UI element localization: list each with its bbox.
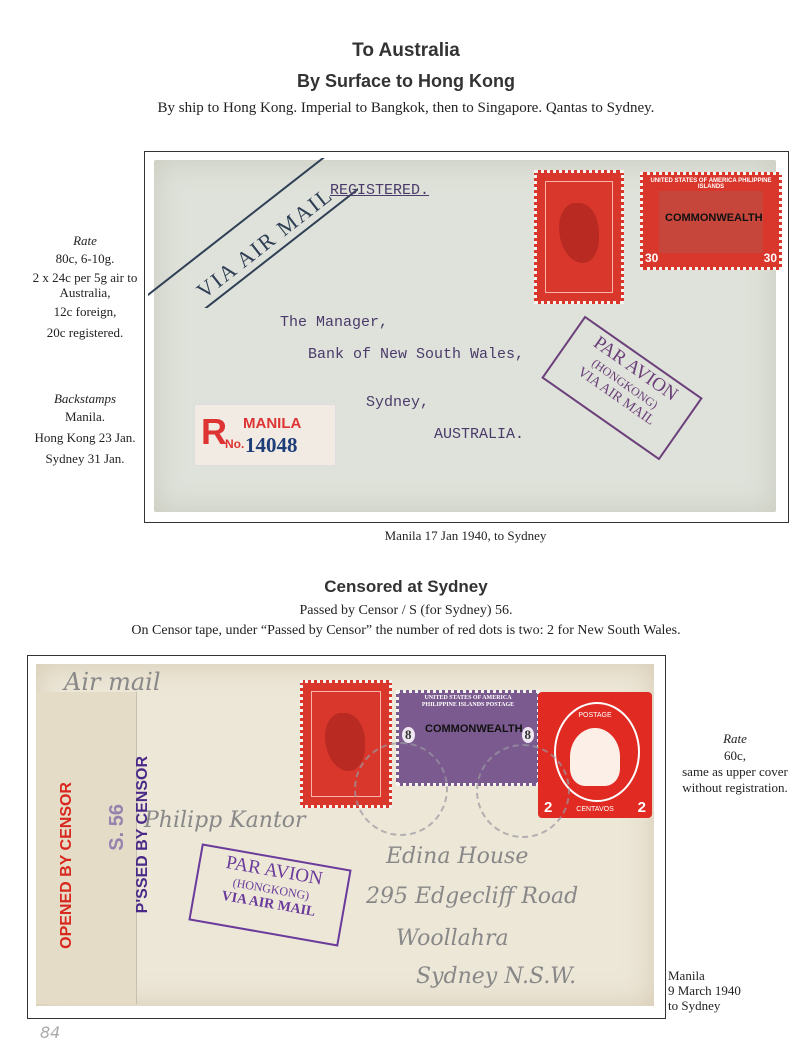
address-line: 295 Edgecliff Road — [366, 884, 578, 909]
page-title: To Australia — [0, 40, 812, 62]
address-line: Edina House — [386, 844, 528, 869]
airmail-label: VIA AIR MAIL — [158, 158, 358, 308]
rate-heading: Rate — [73, 233, 97, 248]
address-line: Sydney N.S.W. — [416, 964, 576, 989]
censor-opened-label: OPENED BY CENSOR — [58, 782, 76, 949]
par-avion-stamp: PAR AVION (HONGKONG) VIA AIR MAIL — [541, 316, 703, 461]
registration-number: 14048 — [245, 433, 298, 458]
rate-heading: Rate — [723, 731, 747, 746]
section2-line2: On Censor tape, under “Passed by Censor”… — [0, 623, 812, 639]
rate-line: same as upper cover — [672, 764, 798, 780]
cover2-rate-notes: Rate 60c, same as upper cover without re… — [672, 730, 798, 796]
cover2-envelope: Air mail OPENED BY CENSOR P'SSED BY CENS… — [36, 664, 654, 1006]
section2-line1: Passed by Censor / S (for Sydney) 56. — [0, 603, 812, 619]
rate-line: 12c foreign, — [30, 303, 140, 321]
censor-passed-label: P'SSED BY CENSOR — [134, 756, 152, 913]
backstamp-line: Sydney 31 Jan. — [30, 450, 140, 468]
overprint: COMMONWEALTH — [665, 212, 763, 224]
censor-number: S. 56 — [106, 804, 129, 851]
cover2-caption: Manila 9 March 1940 to Sydney — [668, 968, 741, 1013]
registered-text: REGISTERED. — [330, 182, 429, 199]
rate-line: 60c, — [672, 748, 798, 764]
backstamp-line: Hong Kong 23 Jan. — [30, 429, 140, 447]
rate-line: 2 x 24c per 5g air to Australia, — [30, 270, 140, 300]
rate-line: without registration. — [672, 780, 798, 796]
cover1-rate-notes: Rate 80c, 6-10g. 2 x 24c per 5g air to A… — [30, 232, 140, 342]
page-subtitle: By Surface to Hong Kong — [0, 71, 812, 92]
postmark — [354, 742, 448, 836]
cover1-caption: Manila 17 Jan 1940, to Sydney — [144, 528, 787, 544]
backstamp-line: Manila. — [30, 408, 140, 426]
stamp-map — [534, 170, 624, 304]
section2-title: Censored at Sydney — [0, 577, 812, 597]
registration-label: R MANILA No. 14048 — [194, 404, 336, 466]
cover1-envelope: VIA AIR MAIL REGISTERED. UNITED STATES O… — [154, 160, 776, 512]
address-line: The Manager, — [280, 314, 388, 331]
address-line: AUSTRALIA. — [434, 426, 524, 443]
route-description: By ship to Hong Kong. Imperial to Bangko… — [0, 100, 812, 117]
backstamps-heading: Backstamps — [54, 391, 116, 406]
page-number: 84 — [40, 1023, 60, 1042]
postmark — [476, 744, 570, 838]
address-line: Woollahra — [396, 926, 509, 951]
rate-line: 20c registered. — [30, 324, 140, 342]
overprint: COMMONWEALTH — [425, 723, 523, 735]
address-line: Philipp Kantor — [144, 808, 306, 833]
par-avion-stamp: PAR AVION (HONGKONG) VIA AIR MAIL — [188, 843, 351, 946]
stamp-commonwealth-30: UNITED STATES OF AMERICA PHILIPPINE ISLA… — [640, 172, 782, 270]
airmail-stripe: VIA AIR MAIL — [148, 158, 358, 308]
rate-line: 80c, 6-10g. — [30, 250, 140, 268]
cover1-backstamp-notes: Backstamps Manila. Hong Kong 23 Jan. Syd… — [30, 390, 140, 468]
address-line: Bank of New South Wales, — [308, 346, 524, 363]
address-line: Sydney, — [366, 394, 429, 411]
